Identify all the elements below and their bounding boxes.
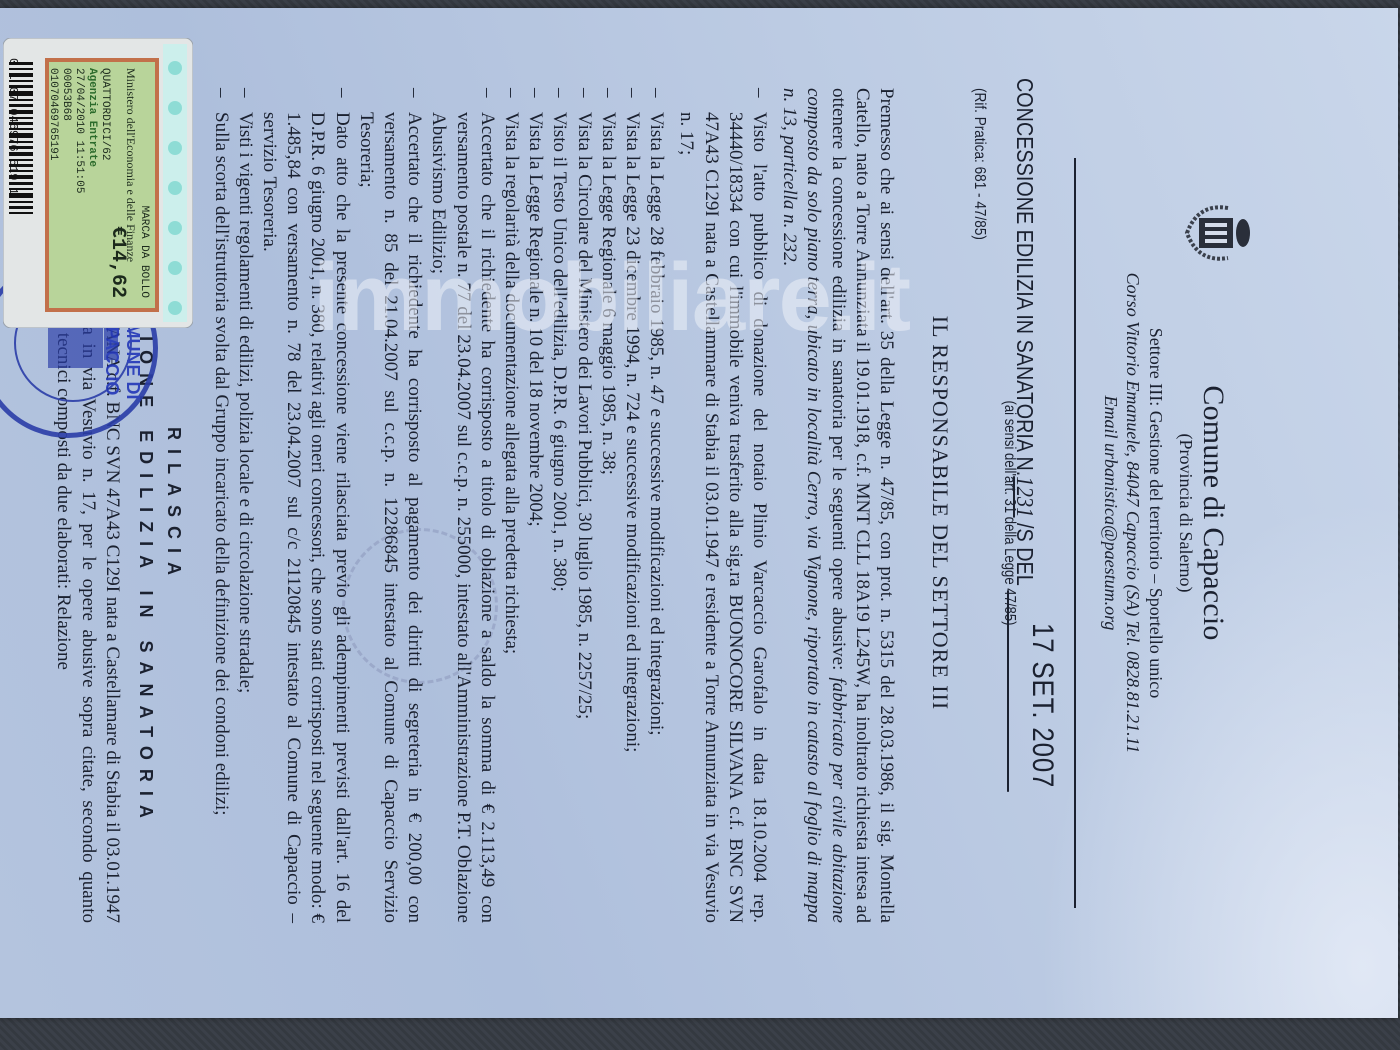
stamp-title: MARCA DA BOLLO bbox=[137, 68, 150, 298]
document-page: Comune di Capaccio (Provincia di Salerno… bbox=[0, 8, 1398, 1018]
municipality-name: Comune di Capaccio bbox=[1196, 8, 1230, 1018]
stamp-code: 00053B68 bbox=[59, 68, 72, 298]
list-item: Accertato che il richiedente ha corrispo… bbox=[426, 88, 499, 923]
stamp-agency: Agenzia Entrate bbox=[85, 68, 98, 298]
considerations-list: Visto l'atto pubblico di donazione del n… bbox=[208, 88, 771, 923]
authority-heading: IL RESPONSABILE DEL SETTORE III bbox=[927, 8, 953, 1018]
date-stamp: 17 SET. 2007 bbox=[1026, 623, 1059, 788]
law-reference: (ai sensi dell'art. 31 della Legge 47/85… bbox=[1000, 99, 1018, 927]
list-item: Visti i vigenti regolamenti di edilizi, … bbox=[233, 88, 257, 923]
email-line: Email urbanistica@paestum.org bbox=[1100, 8, 1121, 1018]
list-item: Vista la Legge Regionale 6 maggio 1985, … bbox=[596, 88, 620, 923]
list-item: Accertato che il richiedente ha corrispo… bbox=[354, 88, 427, 923]
list-item: Visto il Testo Unico dell'edilizia, D.P.… bbox=[547, 88, 571, 923]
stamp-datetime: 27/04/2010 11:51:05 bbox=[72, 68, 85, 298]
list-item: Vista la Legge Regionale n. 10 del 18 no… bbox=[523, 88, 547, 923]
province-label: (Provincia di Salerno) bbox=[1175, 8, 1196, 1018]
list-item: Vista la Legge 23 dicembre 1994, n. 724 … bbox=[620, 88, 644, 923]
list-item: Visto l'atto pubblico di donazione del n… bbox=[674, 88, 771, 923]
list-item: Vista la regolarità della documentazione… bbox=[499, 88, 523, 923]
address-line: Corso Vittorio Emanuele, 84047 Capaccio … bbox=[1122, 8, 1143, 1018]
barcode-number: 0 1 07 046976 519 1 bbox=[6, 58, 20, 195]
stamp-identifier: 01070469765191 bbox=[46, 68, 59, 298]
practice-reference: (Rif. Pratica: 681 - 47/85) bbox=[970, 88, 988, 240]
revenue-stamp-text: MARCA DA BOLLO Ministero dell'Economia e… bbox=[46, 68, 150, 298]
header-divider bbox=[1074, 158, 1076, 908]
list-item: Sulla scorta dell'istruttoria svolta dal… bbox=[208, 88, 232, 923]
premise-paragraph: Premesso che ai sensi dell'art. 35 della… bbox=[777, 88, 898, 923]
department-label: Settore III: Gestione del territorio – S… bbox=[1145, 8, 1166, 1018]
list-item: Vista la Legge 28 febbraio 1985, n. 47 e… bbox=[644, 88, 668, 923]
list-item: Dato atto che la presente concessione vi… bbox=[257, 88, 354, 923]
stamp-amount: €14,62 bbox=[111, 68, 124, 298]
list-item: Vista la Circolare del Ministero dei Lav… bbox=[571, 88, 595, 923]
